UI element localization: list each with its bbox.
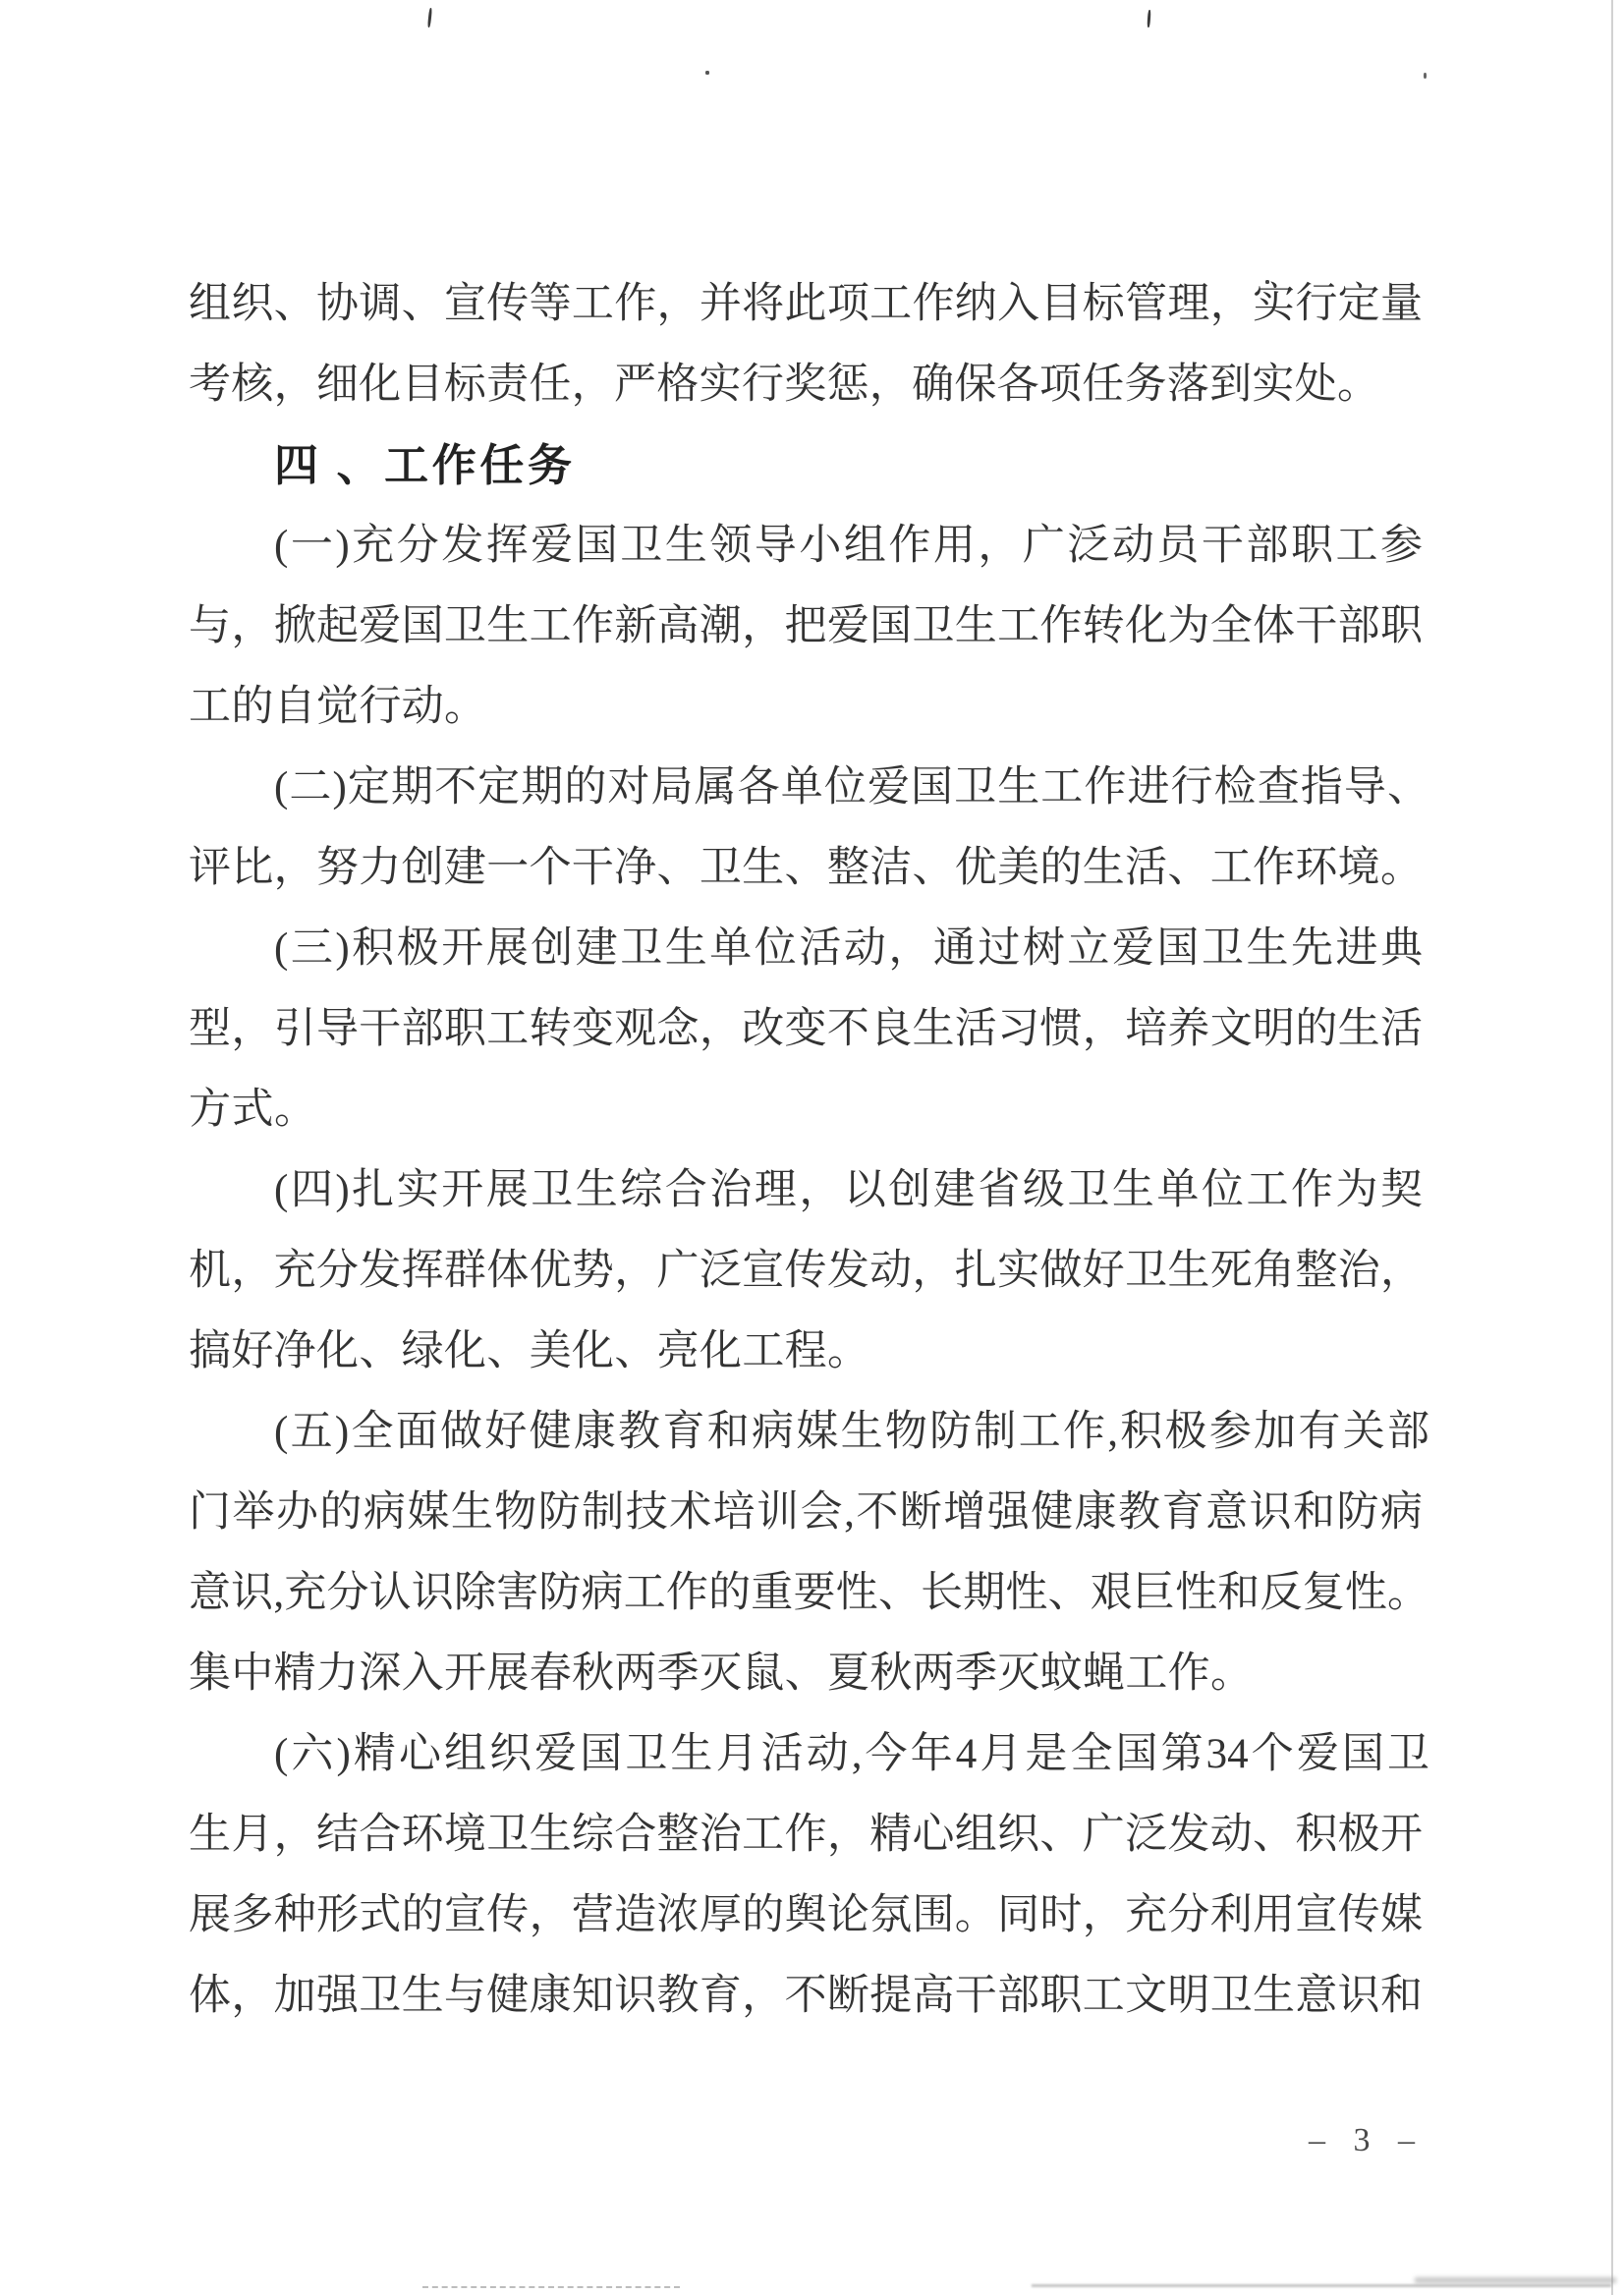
text-line: (三)积极开展创建卫生单位活动，通过树立爱国卫生先进典 [189, 909, 1423, 989]
scan-edge-line [1611, 0, 1613, 2295]
text-line: 生月，结合环境卫生综合整治工作，精心组织、广泛发动、积极开 [189, 1795, 1423, 1875]
scan-speck [1265, 280, 1269, 284]
scan-bottom-smudge [422, 2286, 680, 2288]
document-page: 组织、协调、宣传等工作，并将此项工作纳入目标管理，实行定量考核，细化目标责任，严… [0, 0, 1624, 2295]
text-line: 方式。 [189, 1070, 316, 1150]
text-line: 集中精力深入开展春秋两季灭鼠、夏秋两季灭蚊蝇工作。 [189, 1634, 1253, 1714]
text-line: 与，掀起爱国卫生工作新高潮，把爱国卫生工作转化为全体干部职 [189, 587, 1423, 667]
text-line: (一)充分发挥爱国卫生领导小组作用，广泛动员干部职工参 [189, 506, 1423, 587]
text-line: 考核，细化目标责任，严格实行奖惩，确保各项任务落到实处。 [189, 345, 1379, 425]
scan-speck [705, 71, 709, 75]
page-number: – 3 – [1309, 2122, 1425, 2159]
scan-bottom-smudge [1415, 2277, 1616, 2283]
text-line: 展多种形式的宣传，营造浓厚的舆论氛围。同时，充分利用宣传媒 [189, 1875, 1423, 1956]
text-line: 评比，努力创建一个干净、卫生、整洁、优美的生活、工作环境。 [189, 828, 1423, 909]
text-line: 意识,充分认识除害防病工作的重要性、长期性、艰巨性和反复性。 [189, 1553, 1429, 1634]
section-heading: 四 、工作任务 [189, 425, 572, 506]
scan-speck [1424, 73, 1427, 79]
scan-speck [427, 8, 432, 28]
scan-bottom-smudge [1032, 2284, 1611, 2287]
text-line: 门举办的病媒生物防制技术培训会,不断增强健康教育意识和防病 [189, 1473, 1423, 1553]
text-line: 组织、协调、宣传等工作，并将此项工作纳入目标管理，实行定量 [189, 264, 1423, 345]
text-line: 机，充分发挥群体优势，广泛宣传发动，扎实做好卫生死角整治， [189, 1231, 1423, 1312]
text-line: (四)扎实开展卫生综合治理，以创建省级卫生单位工作为契 [189, 1150, 1423, 1231]
text-line: 搞好净化、绿化、美化、亮化工程。 [189, 1312, 869, 1392]
text-line: (六)精心组织爱国卫生月活动,今年4月是全国第34个爱国卫 [189, 1714, 1429, 1795]
text-line: (二)定期不定期的对局属各单位爱国卫生工作进行检查指导、 [189, 748, 1429, 828]
scan-speck [1147, 10, 1150, 28]
text-line: (五)全面做好健康教育和病媒生物防制工作,积极参加有关部 [189, 1392, 1429, 1473]
text-line: 体，加强卫生与健康知识教育，不断提高干部职工文明卫生意识和 [189, 1956, 1423, 2037]
text-line: 工的自觉行动。 [189, 667, 486, 748]
body-text: 组织、协调、宣传等工作，并将此项工作纳入目标管理，实行定量考核，细化目标责任，严… [189, 264, 1429, 2037]
text-line: 型，引导干部职工转变观念，改变不良生活习惯，培养文明的生活 [189, 989, 1423, 1070]
